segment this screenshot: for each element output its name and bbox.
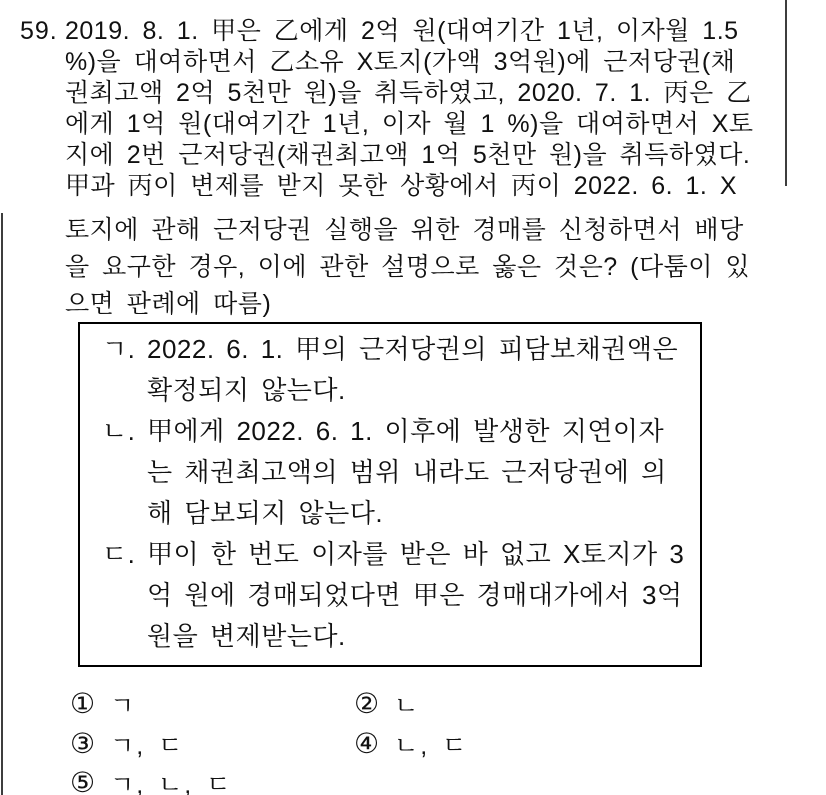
stem-line: 2019. 8. 1. 甲은 乙에게 2억 원(대여기간 1년, 이자월 1.5 — [65, 16, 754, 47]
option-4[interactable]: ④ ㄴ, ㄷ — [354, 726, 468, 762]
statement-line: 는 채권최고액의 범위 내라도 근저당권에 의 — [147, 452, 700, 493]
stem-line: 토지에 관해 근저당권 실행을 위한 경매를 신청하면서 배당 — [65, 212, 750, 249]
stem-line: 에게 1억 원(대여기간 1년, 이자 월 1 %)을 대여하면서 X토 — [65, 109, 754, 140]
statement-n: ㄴ. 甲에게 2022. 6. 1. 이후에 발생한 지연이자 는 채권최고액의… — [80, 411, 700, 534]
question-number: 59. — [20, 16, 58, 47]
stem-line: 을 요구한 경우, 이에 관한 설명으로 옳은 것은? (다툼이 있 — [65, 249, 750, 286]
option-1-label: ㄱ — [110, 686, 136, 722]
option-4-label: ㄴ, ㄷ — [394, 726, 468, 762]
stem-line: 으면 판례에 따름) — [65, 286, 750, 323]
stem-line: 甲과 丙이 변제를 받지 못한 상황에서 丙이 2022. 6. 1. X — [65, 171, 754, 202]
option-2-label: ㄴ — [394, 686, 420, 722]
option-3-label: ㄱ, ㄷ — [110, 726, 184, 762]
stem-line: 지에 2번 근저당권(채권최고액 1억 5천만 원)을 취득하였다. — [65, 140, 754, 171]
column-divider-top-right — [785, 0, 787, 186]
question-stem-continued: 토지에 관해 근저당권 실행을 위한 경매를 신청하면서 배당 을 요구한 경우… — [65, 212, 750, 323]
stem-line: %)을 대여하면서 乙소유 X토지(가액 3억원)에 근저당권(채 — [65, 47, 754, 78]
option-5[interactable]: ⑤ ㄱ, ㄴ, ㄷ — [70, 765, 232, 795]
statements-box: ㄱ. 2022. 6. 1. 甲의 근저당권의 피담보채권액은 확정되지 않는다… — [78, 322, 702, 667]
statement-line: 원을 변제받는다. — [147, 616, 700, 657]
exam-page: 59. 2019. 8. 1. 甲은 乙에게 2억 원(대여기간 1년, 이자월… — [0, 0, 826, 795]
circled-number-2: ② — [354, 690, 379, 718]
circled-number-1: ① — [70, 690, 95, 718]
circled-number-5: ⑤ — [70, 769, 95, 795]
statement-line: 억 원에 경매되었다면 甲은 경매대가에서 3억 — [147, 575, 700, 616]
option-2[interactable]: ② ㄴ — [354, 686, 420, 722]
option-1[interactable]: ① ㄱ — [70, 686, 136, 722]
circled-number-3: ③ — [70, 730, 95, 758]
statement-marker: ㄴ. — [102, 411, 135, 452]
statement-d: ㄷ. 甲이 한 번도 이자를 받은 바 없고 X토지가 3 억 원에 경매되었다… — [80, 534, 700, 657]
stem-line: 권최고액 2억 5천만 원)을 취득하였고, 2020. 7. 1. 丙은 乙 — [65, 78, 754, 109]
statement-g: ㄱ. 2022. 6. 1. 甲의 근저당권의 피담보채권액은 확정되지 않는다… — [80, 329, 700, 411]
option-3[interactable]: ③ ㄱ, ㄷ — [70, 726, 184, 762]
option-5-label: ㄱ, ㄴ, ㄷ — [110, 765, 232, 795]
statement-line: 甲에게 2022. 6. 1. 이후에 발생한 지연이자 — [147, 411, 700, 452]
statement-line: 甲이 한 번도 이자를 받은 바 없고 X토지가 3 — [147, 534, 700, 575]
statement-marker: ㄱ. — [102, 329, 135, 370]
statement-line: 2022. 6. 1. 甲의 근저당권의 피담보채권액은 — [147, 329, 700, 370]
statement-marker: ㄷ. — [102, 534, 135, 575]
statement-line: 해 담보되지 않는다. — [147, 493, 700, 534]
statement-line: 확정되지 않는다. — [147, 370, 700, 411]
column-divider-bottom-left — [1, 213, 3, 795]
circled-number-4: ④ — [354, 730, 379, 758]
question-stem: 2019. 8. 1. 甲은 乙에게 2억 원(대여기간 1년, 이자월 1.5… — [65, 16, 754, 202]
